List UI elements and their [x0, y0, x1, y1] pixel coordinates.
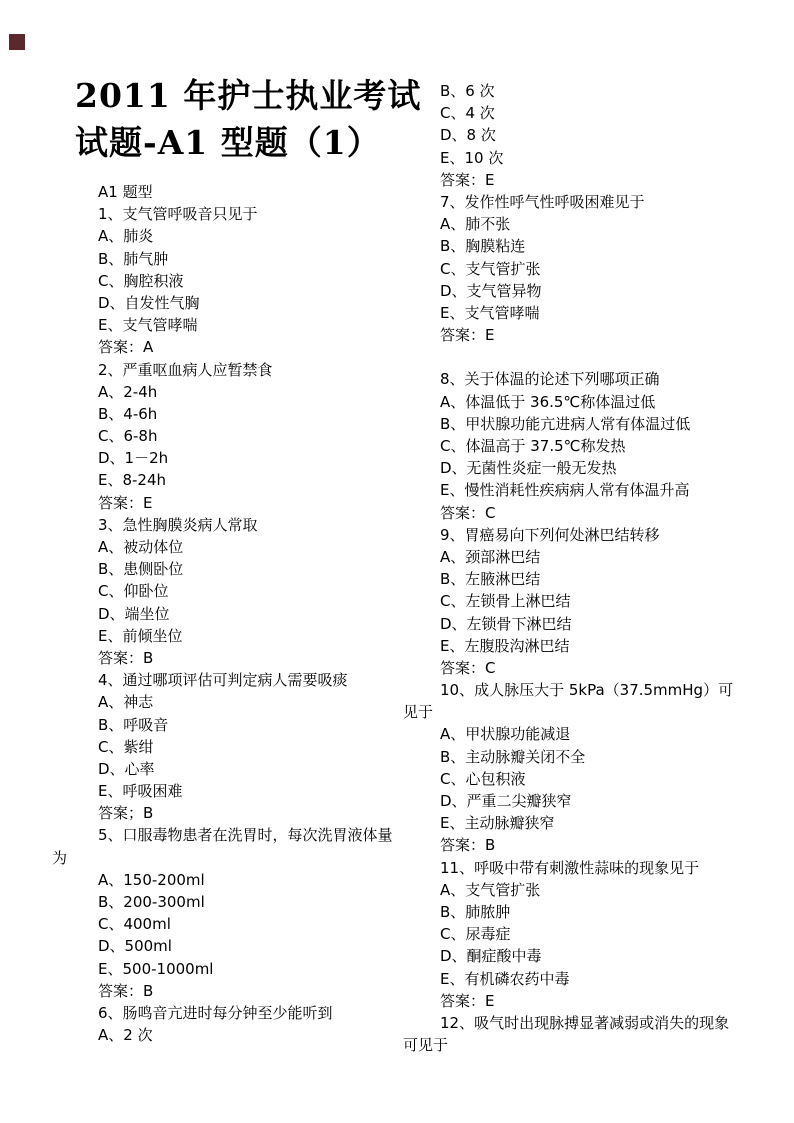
text-line: 答案：C [403, 657, 788, 679]
text-line: 4、通过哪项评估可判定病人需要吸痰 [52, 669, 402, 691]
text-line: A、支气管扩张 [403, 879, 788, 901]
text-line: B、6 次 [403, 80, 788, 102]
text-line: D、酮症酸中毒 [403, 945, 788, 967]
text-line: A、神志 [52, 691, 402, 713]
text-line: A、被动体位 [52, 536, 402, 558]
text-line: B、胸膜粘连 [403, 235, 788, 257]
text-line: 见于 [403, 701, 788, 723]
left-text-column: A1 题型1、支气管呼吸音只见于A、肺炎B、肺气肿C、胸腔积液D、自发性气胸E、… [52, 181, 402, 1046]
text-line: E、10 次 [403, 147, 788, 169]
text-line: C、胸腔积液 [52, 270, 402, 292]
text-line: E、支气管哮喘 [403, 302, 788, 324]
text-line: 为 [52, 847, 402, 869]
blank-line [403, 346, 788, 368]
text-line: 9、胃癌易向下列何处淋巴结转移 [403, 524, 788, 546]
text-line: B、左腋淋巴结 [403, 568, 788, 590]
text-line: 可见于 [403, 1034, 788, 1056]
text-line: D、8 次 [403, 124, 788, 146]
text-line: 答案：C [403, 502, 788, 524]
text-line: E、慢性消耗性疾病病人常有体温升高 [403, 479, 788, 501]
text-line: C、400ml [52, 913, 402, 935]
text-line: 5、口服毒物患者在洗胃时，每次洗胃液体量 [52, 824, 402, 846]
text-line: E、主动脉瓣狭窄 [403, 812, 788, 834]
text-line: D、支气管异物 [403, 280, 788, 302]
text-line: A、肺炎 [52, 225, 402, 247]
text-line: C、6-8h [52, 425, 402, 447]
text-line: D、严重二尖瓣狭窄 [403, 790, 788, 812]
text-line: A、体温低于 36.5℃称体温过低 [403, 391, 788, 413]
document-title-line2: 试题-A1 型题（1） [75, 119, 421, 166]
text-line: A、150-200ml [52, 869, 402, 891]
text-line: 答案：E [403, 169, 788, 191]
text-line: E、500-1000ml [52, 958, 402, 980]
text-line: 答案：A [52, 336, 402, 358]
text-line: C、左锁骨上淋巴结 [403, 590, 788, 612]
text-line: D、端坐位 [52, 603, 402, 625]
text-line: 6、肠鸣音亢进时每分钟至少能听到 [52, 1002, 402, 1024]
text-line: E、前倾坐位 [52, 625, 402, 647]
text-line: A、肺不张 [403, 213, 788, 235]
text-line: B、4-6h [52, 403, 402, 425]
text-line: 1、支气管呼吸音只见于 [52, 203, 402, 225]
text-line: A、甲状腺功能减退 [403, 723, 788, 745]
text-line: 答案：E [403, 990, 788, 1012]
text-line: B、200-300ml [52, 891, 402, 913]
text-line: D、500ml [52, 935, 402, 957]
text-line: E、呼吸困难 [52, 780, 402, 802]
page-background: 2011 年护士执业考试 试题-A1 型题（1） A1 题型1、支气管呼吸音只见… [0, 0, 794, 1123]
text-line: D、心率 [52, 758, 402, 780]
document-page: { "title": { "line1": "2011 年护士执业考试", "l… [0, 0, 794, 1123]
text-line: 答案；B [52, 802, 402, 824]
right-text-column: B、6 次C、4 次D、8 次E、10 次答案：E7、发作性呼气性呼吸困难见于A… [403, 80, 788, 1056]
text-line: B、呼吸音 [52, 714, 402, 736]
text-line: 答案：B [403, 834, 788, 856]
text-line: C、4 次 [403, 102, 788, 124]
document-title-line1: 2011 年护士执业考试 [75, 72, 421, 119]
text-line: D、1－2h [52, 447, 402, 469]
text-line: 11、呼吸中带有刺激性蒜味的现象见于 [403, 857, 788, 879]
text-line: D、左锁骨下淋巴结 [403, 613, 788, 635]
text-line: 7、发作性呼气性呼吸困难见于 [403, 191, 788, 213]
text-line: 答案：E [52, 492, 402, 514]
text-line: 答案：B [52, 980, 402, 1002]
text-line: 3、急性胸膜炎病人常取 [52, 514, 402, 536]
text-line: E、支气管哮喘 [52, 314, 402, 336]
text-line: B、肺气肿 [52, 248, 402, 270]
text-line: 答案：E [403, 324, 788, 346]
document-title: 2011 年护士执业考试 试题-A1 型题（1） [75, 72, 421, 166]
text-line: A、2 次 [52, 1024, 402, 1046]
text-line: 8、关于体温的论述下列哪项正确 [403, 368, 788, 390]
text-line: A1 题型 [52, 181, 402, 203]
text-line: B、患侧卧位 [52, 558, 402, 580]
text-line: C、心包积液 [403, 768, 788, 790]
text-line: B、肺脓肿 [403, 901, 788, 923]
text-line: B、甲状腺功能亢进病人常有体温过低 [403, 413, 788, 435]
text-line: C、尿毒症 [403, 923, 788, 945]
text-line: E、左腹股沟淋巴结 [403, 635, 788, 657]
text-line: D、无菌性炎症一般无发热 [403, 457, 788, 479]
text-line: A、颈部淋巴结 [403, 546, 788, 568]
text-line: D、自发性气胸 [52, 292, 402, 314]
text-line: 2、严重呕血病人应暂禁食 [52, 359, 402, 381]
text-line: 12、吸气时出现脉搏显著减弱或消失的现象 [403, 1012, 788, 1034]
text-line: E、8-24h [52, 469, 402, 491]
text-line: B、主动脉瓣关闭不全 [403, 746, 788, 768]
text-line: C、仰卧位 [52, 580, 402, 602]
page-marker [9, 34, 25, 50]
text-line: C、体温高于 37.5℃称发热 [403, 435, 788, 457]
text-line: 10、成人脉压大于 5kPa（37.5mmHg）可 [403, 679, 788, 701]
text-line: C、紫绀 [52, 736, 402, 758]
text-line: 答案：B [52, 647, 402, 669]
text-line: E、有机磷农药中毒 [403, 968, 788, 990]
text-line: C、支气管扩张 [403, 258, 788, 280]
text-line: A、2-4h [52, 381, 402, 403]
